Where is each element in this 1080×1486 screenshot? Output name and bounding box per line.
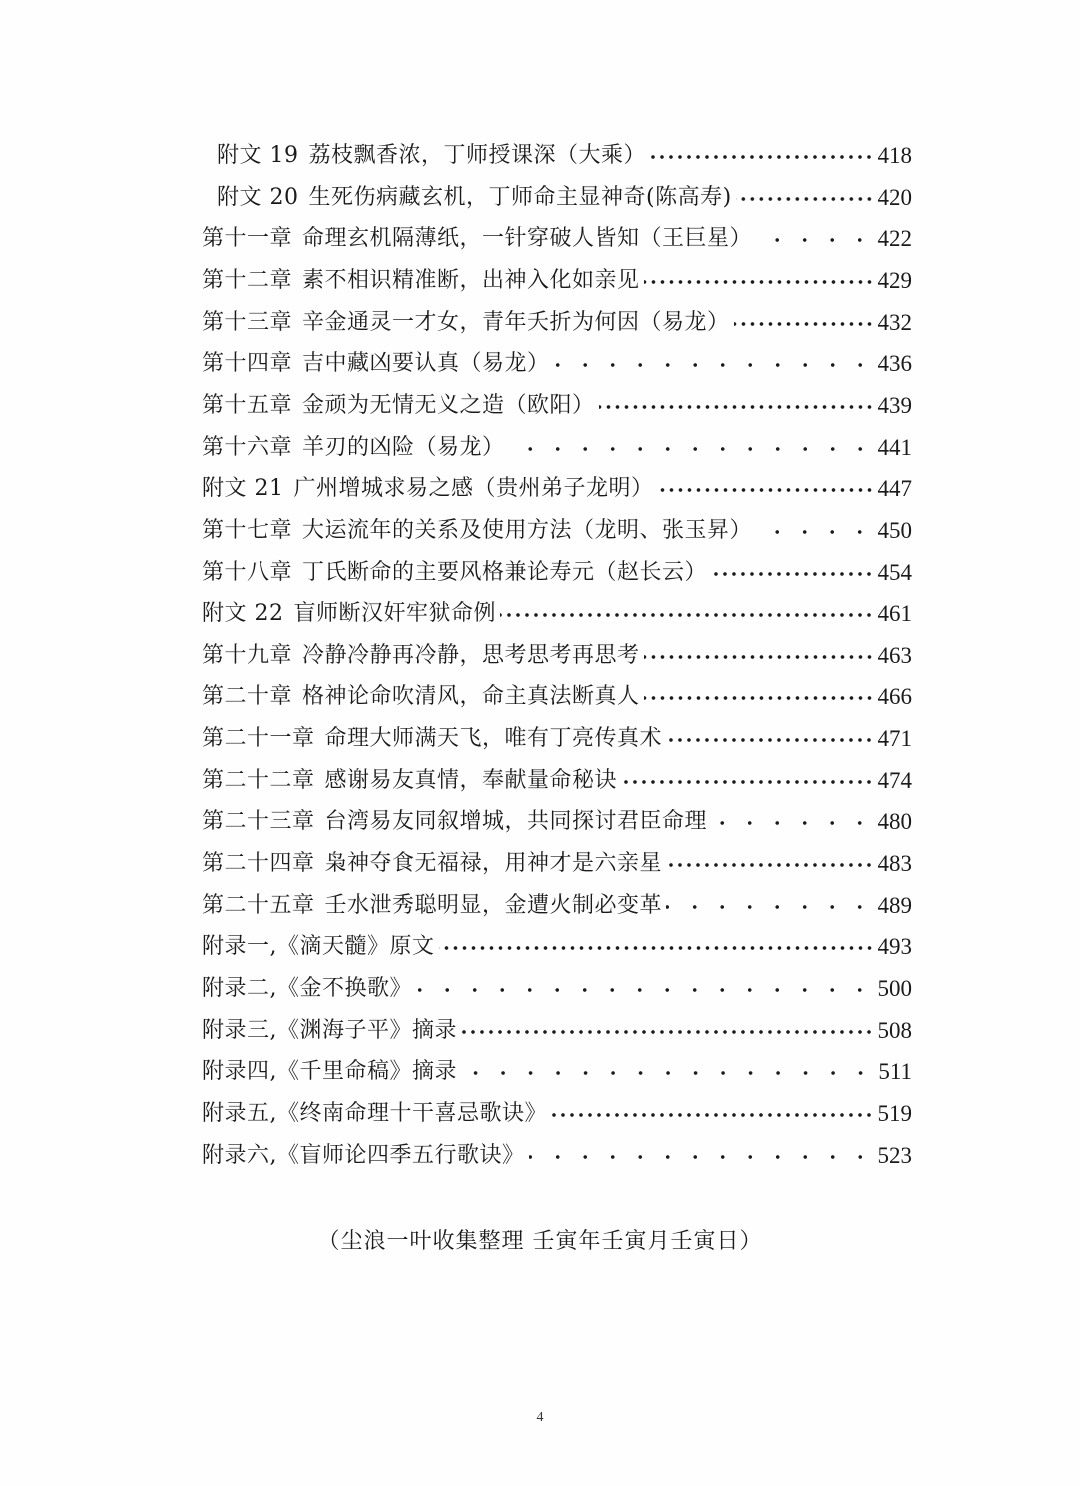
- toc-entry-page-number: 450: [878, 511, 913, 551]
- toc-entry-label: 第二十二章感谢易友真情，奉献量命秘诀: [202, 761, 617, 801]
- dot-leader: [439, 927, 874, 967]
- dot-leader: [500, 594, 873, 634]
- toc-entry: 第二十二章感谢易友真情，奉献量命秘诀474: [202, 761, 912, 801]
- toc-entry-page-number: 493: [878, 927, 913, 967]
- toc-entry-label: 附录二,《金不换歌》: [202, 969, 412, 1009]
- toc-entry-title: 格神论命吹清风，命主真法断真人: [302, 684, 640, 709]
- toc-entry-title: 命理玄机隔薄纸，一针穿破人皆知（王巨星）: [302, 226, 752, 251]
- toc-entry-prefix: 第十六章: [202, 435, 292, 460]
- toc-entry-page-number: 519: [878, 1094, 913, 1134]
- toc-entry: 附文 22盲师断汉奸牢狱命例461: [202, 594, 912, 634]
- toc-entry: 附录二,《金不换歌》500: [202, 969, 912, 1009]
- dot-leader: [650, 136, 873, 176]
- toc-entry-title: 《滴天髓》原文: [277, 934, 435, 959]
- toc-entry-label: 第二十四章枭神夺食无福禄，用神才是六亲星: [202, 844, 662, 884]
- dot-leader: [736, 178, 874, 218]
- toc-entry-title: 《千里命稿》摘录: [277, 1059, 457, 1084]
- toc-entry: 附录四,《千里命稿》摘录511: [202, 1052, 912, 1092]
- toc-entry-prefix: 附录五,: [202, 1101, 277, 1126]
- toc-entry-title: 命理大师满天飞，唯有丁亮传真术: [325, 726, 663, 751]
- toc-entry-title: 盲师断汉奸牢狱命例: [294, 601, 497, 626]
- toc-entry-prefix: 第二十四章: [202, 851, 315, 876]
- toc-entry-page-number: 471: [878, 719, 913, 759]
- toc-entry-page-number: 500: [878, 969, 913, 1009]
- toc-entry-label: 附文 22盲师断汉奸牢狱命例: [202, 594, 496, 634]
- toc-entry: 第十九章冷静冷静再冷静，思考思考再思考463: [202, 636, 912, 676]
- toc-entry-page-number: 511: [878, 1052, 912, 1092]
- dot-leader: [666, 844, 873, 884]
- toc-entry-page-number: 523: [878, 1136, 913, 1176]
- toc-entry-prefix: 第二十三章: [202, 809, 315, 834]
- toc-entry-prefix: 第十九章: [202, 643, 292, 668]
- dot-leader: [756, 511, 873, 551]
- toc-entry-title: 枭神夺食无福禄，用神才是六亲星: [325, 851, 663, 876]
- toc-entry-page-number: 436: [878, 344, 913, 384]
- dot-leader: [509, 428, 874, 468]
- toc-entry-prefix: 第十八章: [202, 560, 292, 585]
- toc-entry-prefix: 附文 19: [217, 143, 299, 168]
- toc-entry-title: 壬水泄秀聪明显，金遭火制必变革: [325, 893, 663, 918]
- toc-entry-page-number: 441: [878, 428, 913, 468]
- toc-entry-title: 感谢易友真情，奉献量命秘诀: [325, 768, 618, 793]
- dot-leader: [711, 802, 873, 842]
- toc-entry-prefix: 附录二,: [202, 976, 277, 1001]
- toc-entry: 附文 20生死伤病藏玄机，丁师命主显神奇(陈高寿)420: [217, 178, 912, 218]
- toc-entry-label: 附录五,《终南命理十干喜忌歌诀》: [202, 1094, 547, 1134]
- toc-entry: 第十二章素不相识精准断，出神入化如亲见429: [202, 261, 912, 301]
- page-number: 4: [0, 1410, 1080, 1426]
- dot-leader: [644, 677, 874, 717]
- toc-entry-page-number: 432: [878, 303, 913, 343]
- toc-entry-page-number: 461: [878, 594, 913, 634]
- toc-entry: 第十八章丁氏断命的主要风格兼论寿元（赵长云）454: [202, 553, 912, 593]
- dot-leader: [461, 1011, 873, 1051]
- toc-entry-page-number: 418: [878, 136, 913, 176]
- toc-entry-label: 第十九章冷静冷静再冷静，思考思考再思考: [202, 636, 640, 676]
- toc-entry-title: 金顽为无情无义之造（欧阳）: [302, 393, 595, 418]
- toc-entry-page-number: 483: [878, 844, 913, 884]
- toc-entry-title: 《渊海子平》摘录: [277, 1018, 457, 1043]
- toc-entry-page-number: 466: [878, 677, 913, 717]
- toc-entry: 附录三,《渊海子平》摘录508: [202, 1011, 912, 1051]
- toc-entry-prefix: 第二十一章: [202, 726, 315, 751]
- toc-entry-label: 第二十章格神论命吹清风，命主真法断真人: [202, 677, 640, 717]
- dot-leader: [621, 761, 873, 801]
- toc-entry-prefix: 第二十二章: [202, 768, 315, 793]
- toc-entry: 第二十四章枭神夺食无福禄，用神才是六亲星483: [202, 844, 912, 884]
- toc-entry-title: 吉中藏凶要认真（易龙）: [302, 351, 550, 376]
- dot-leader: [711, 553, 873, 593]
- document-page: 附文 19荔枝飘香浓，丁师授课深（大乘）418附文 20生死伤病藏玄机，丁师命主…: [0, 0, 1080, 1486]
- toc-entry-label: 第十三章辛金通灵一才女，青年夭折为何因（易龙）: [202, 303, 730, 343]
- toc-entry-page-number: 489: [878, 886, 913, 926]
- dot-leader: [551, 1094, 873, 1134]
- toc-entry-page-number: 454: [878, 553, 913, 593]
- toc-entry-label: 第十五章金顽为无情无义之造（欧阳）: [202, 386, 595, 426]
- toc-entry-title: 冷静冷静再冷静，思考思考再思考: [302, 643, 640, 668]
- toc-entry-prefix: 第十四章: [202, 351, 292, 376]
- toc-entry-page-number: 422: [878, 219, 913, 259]
- toc-entry: 第二十一章命理大师满天飞，唯有丁亮传真术471: [202, 719, 912, 759]
- toc-entry-label: 附文 19荔枝飘香浓，丁师授课深（大乘）: [217, 136, 646, 176]
- toc-entry-page-number: 420: [878, 178, 913, 218]
- dot-leader: [658, 469, 874, 509]
- dot-leader: [461, 1052, 874, 1092]
- toc-entry-prefix: 第二十五章: [202, 893, 315, 918]
- toc-entry: 附录五,《终南命理十干喜忌歌诀》519: [202, 1094, 912, 1134]
- toc-entry: 第二十三章台湾易友同叙增城，共同探讨君臣命理480: [202, 802, 912, 842]
- toc-entry-page-number: 439: [878, 386, 913, 426]
- toc-entry: 第二十五章壬水泄秀聪明显，金遭火制必变革489: [202, 886, 912, 926]
- toc-entry-label: 第十四章吉中藏凶要认真（易龙）: [202, 344, 550, 384]
- dot-leader: [644, 261, 874, 301]
- toc-entry-title: 台湾易友同叙增城，共同探讨君臣命理: [325, 809, 708, 834]
- toc-entry-page-number: 429: [878, 261, 913, 301]
- toc-entry: 第十一章命理玄机隔薄纸，一针穿破人皆知（王巨星）422: [202, 219, 912, 259]
- toc-entry-label: 第十二章素不相识精准断，出神入化如亲见: [202, 261, 640, 301]
- dot-leader: [644, 636, 874, 676]
- toc-entry-prefix: 第十七章: [202, 518, 292, 543]
- toc-entry-prefix: 附文 20: [217, 185, 299, 210]
- toc-entry-title: 广州增城求易之感（贵州弟子龙明）: [294, 476, 654, 501]
- toc-entry: 附文 19荔枝飘香浓，丁师授课深（大乘）418: [217, 136, 912, 176]
- toc-entry-prefix: 第二十章: [202, 684, 292, 709]
- dot-leader: [554, 344, 874, 384]
- toc-entry-page-number: 508: [878, 1011, 913, 1051]
- toc-entry-prefix: 第十三章: [202, 310, 292, 335]
- toc-entry-page-number: 463: [878, 636, 913, 676]
- toc-entry-title: 羊刃的凶险（易龙）: [302, 435, 505, 460]
- toc-entry-title: 《金不换歌》: [277, 976, 412, 1001]
- toc-entry-label: 附录四,《千里命稿》摘录: [202, 1052, 457, 1092]
- toc-entry: 附录六,《盲师论四季五行歌诀》523: [202, 1136, 912, 1176]
- toc-entry-label: 附录六,《盲师论四季五行歌诀》: [202, 1136, 525, 1176]
- toc-entry-title: 大运流年的关系及使用方法（龙明、张玉昇）: [302, 518, 752, 543]
- toc-entry-prefix: 第十五章: [202, 393, 292, 418]
- toc-entry-title: 生死伤病藏玄机，丁师命主显神奇(陈高寿): [309, 185, 732, 210]
- dot-leader: [666, 886, 873, 926]
- toc-entry-label: 第十六章羊刃的凶险（易龙）: [202, 428, 505, 468]
- toc-entry-title: 《终南命理十干喜忌歌诀》: [277, 1101, 547, 1126]
- toc-entry-label: 第十七章大运流年的关系及使用方法（龙明、张玉昇）: [202, 511, 752, 551]
- dot-leader: [756, 219, 873, 259]
- toc-entry: 第十三章辛金通灵一才女，青年夭折为何因（易龙）432: [202, 303, 912, 343]
- toc-entry: 第十五章金顽为无情无义之造（欧阳）439: [202, 386, 912, 426]
- toc-entry-prefix: 第十二章: [202, 268, 292, 293]
- toc-entry-prefix: 附录三,: [202, 1018, 277, 1043]
- dot-leader: [599, 386, 874, 426]
- compiler-note: （尘浪一叶收集整理 壬寅年壬寅月壬寅日）: [0, 1224, 1080, 1255]
- toc-entry-title: 《盲师论四季五行歌诀》: [277, 1143, 525, 1168]
- dot-leader: [734, 303, 874, 343]
- toc-entry-prefix: 附录四,: [202, 1059, 277, 1084]
- toc-entry-label: 第二十五章壬水泄秀聪明显，金遭火制必变革: [202, 886, 662, 926]
- toc-entry-label: 附录一,《滴天髓》原文: [202, 927, 435, 967]
- toc-entry: 第十七章大运流年的关系及使用方法（龙明、张玉昇）450: [202, 511, 912, 551]
- toc-entry-title: 素不相识精准断，出神入化如亲见: [302, 268, 640, 293]
- toc-entry-label: 附录三,《渊海子平》摘录: [202, 1011, 457, 1051]
- toc-entry-label: 第二十一章命理大师满天飞，唯有丁亮传真术: [202, 719, 662, 759]
- toc-entry-title: 辛金通灵一才女，青年夭折为何因（易龙）: [302, 310, 730, 335]
- toc-entry-page-number: 447: [878, 469, 913, 509]
- toc-entry-label: 附文 21广州增城求易之感（贵州弟子龙明）: [202, 469, 654, 509]
- toc-entry-prefix: 附录六,: [202, 1143, 277, 1168]
- toc-entry-prefix: 附文 22: [202, 601, 284, 626]
- toc-entry: 第十六章羊刃的凶险（易龙）441: [202, 428, 912, 468]
- toc-entry-prefix: 第十一章: [202, 226, 292, 251]
- toc-entry-prefix: 附录一,: [202, 934, 277, 959]
- toc-entry: 附文 21广州增城求易之感（贵州弟子龙明）447: [202, 469, 912, 509]
- toc-entry-title: 荔枝飘香浓，丁师授课深（大乘）: [309, 143, 647, 168]
- dot-leader: [529, 1136, 874, 1176]
- toc-entry: 第二十章格神论命吹清风，命主真法断真人466: [202, 677, 912, 717]
- toc-entry-label: 第十一章命理玄机隔薄纸，一针穿破人皆知（王巨星）: [202, 219, 752, 259]
- toc-entry-prefix: 附文 21: [202, 476, 284, 501]
- dot-leader: [666, 719, 873, 759]
- toc-entry-title: 丁氏断命的主要风格兼论寿元（赵长云）: [302, 560, 707, 585]
- toc-entry-page-number: 474: [878, 761, 913, 801]
- toc-entry-label: 第十八章丁氏断命的主要风格兼论寿元（赵长云）: [202, 553, 707, 593]
- toc-entry: 附录一,《滴天髓》原文493: [202, 927, 912, 967]
- toc-entry-page-number: 480: [878, 802, 913, 842]
- dot-leader: [416, 969, 873, 1009]
- toc-entry-label: 第二十三章台湾易友同叙增城，共同探讨君臣命理: [202, 802, 707, 842]
- toc-entry-label: 附文 20生死伤病藏玄机，丁师命主显神奇(陈高寿): [217, 178, 732, 218]
- toc-entry: 第十四章吉中藏凶要认真（易龙）436: [202, 344, 912, 384]
